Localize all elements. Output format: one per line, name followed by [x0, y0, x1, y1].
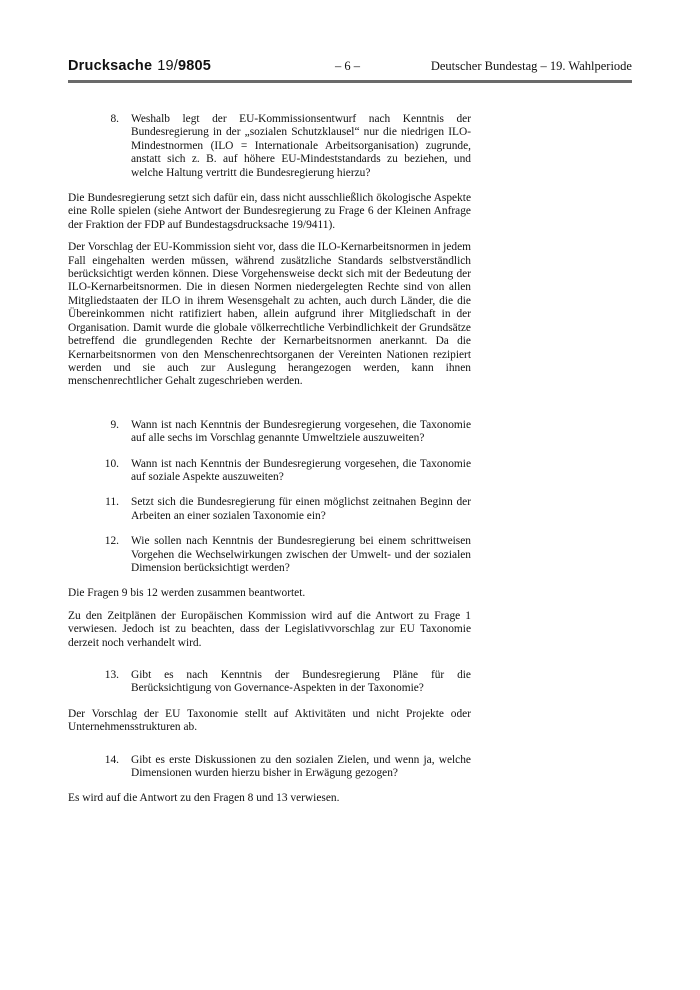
doc-number-value: 9805 — [178, 58, 211, 74]
question-text: Gibt es erste Diskussionen zu den sozial… — [131, 754, 471, 781]
question-number: 11. — [97, 496, 119, 523]
answer-paragraph: Zu den Zeitplänen der Europäischen Kommi… — [68, 610, 471, 650]
question-text: Weshalb legt der EU-Kommissionsentwurf n… — [131, 113, 471, 180]
answer-paragraph: Es wird auf die Antwort zu den Fragen 8 … — [68, 792, 471, 805]
question-item-12: 12. Wie sollen nach Kenntnis der Bundesr… — [68, 535, 471, 575]
question-number: 8. — [97, 113, 119, 180]
page-header: Drucksache19/9805 – 6 – Deutscher Bundes… — [68, 58, 632, 83]
answer-paragraph: Die Fragen 9 bis 12 werden zusammen bean… — [68, 587, 471, 600]
question-text: Setzt sich die Bundesregierung für einen… — [131, 496, 471, 523]
question-item-13: 13. Gibt es nach Kenntnis der Bundesregi… — [68, 669, 471, 696]
document-page: Drucksache19/9805 – 6 – Deutscher Bundes… — [0, 0, 700, 990]
question-number: 14. — [97, 754, 119, 781]
answer-paragraph: Die Bundesregierung setzt sich dafür ein… — [68, 192, 471, 232]
question-number: 10. — [97, 458, 119, 485]
document-body: 8. Weshalb legt der EU-Kommissionsentwur… — [68, 104, 471, 815]
question-item-11: 11. Setzt sich die Bundesregierung für e… — [68, 496, 471, 523]
question-text: Gibt es nach Kenntnis der Bundesregierun… — [131, 669, 471, 696]
question-item-9: 9. Wann ist nach Kenntnis der Bundesregi… — [68, 419, 471, 446]
doc-label: Drucksache — [68, 58, 152, 74]
question-item-14: 14. Gibt es erste Diskussionen zu den so… — [68, 754, 471, 781]
answer-paragraph: Der Vorschlag der EU-Kommission sieht vo… — [68, 241, 471, 388]
question-text: Wann ist nach Kenntnis der Bundesregieru… — [131, 419, 471, 446]
header-right-text: Deutscher Bundestag – 19. Wahlperiode — [431, 58, 632, 75]
doc-number-prefix: 19/ — [157, 58, 178, 74]
question-number: 12. — [97, 535, 119, 575]
doc-number: Drucksache19/9805 — [68, 58, 211, 75]
question-number: 13. — [97, 669, 119, 696]
question-number: 9. — [97, 419, 119, 446]
page-number: – 6 – — [335, 58, 360, 75]
question-item-10: 10. Wann ist nach Kenntnis der Bundesreg… — [68, 458, 471, 485]
question-item-8: 8. Weshalb legt der EU-Kommissionsentwur… — [68, 113, 471, 180]
question-text: Wann ist nach Kenntnis der Bundesregieru… — [131, 458, 471, 485]
answer-paragraph: Der Vorschlag der EU Taxonomie stellt au… — [68, 708, 471, 735]
question-text: Wie sollen nach Kenntnis der Bundesregie… — [131, 535, 471, 575]
